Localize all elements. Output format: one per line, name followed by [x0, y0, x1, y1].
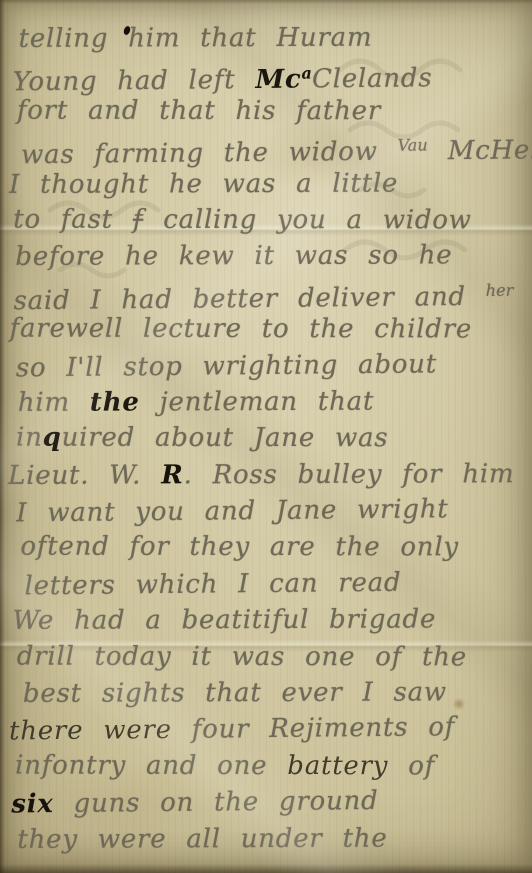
handwriting-segment: before he kew it was so he: [15, 241, 452, 273]
letter-line: to fast f calling you a widow: [5, 201, 529, 238]
letter-line: drill today it was one of the: [7, 638, 531, 675]
letter-line: We had a beatitiful brigade: [7, 601, 531, 639]
scan-edge-bottom: [0, 864, 532, 873]
handwriting-segment: letters which I can read: [24, 568, 401, 602]
handwriting-segment: jentleman that: [140, 387, 375, 418]
letter-line: was farming the widow Vau McHelp ^: [5, 127, 529, 168]
letter-line: I want you and Jane wright: [6, 491, 530, 532]
letter-line: Young had left McaClelands: [5, 54, 529, 95]
letter-line: letters which I can read: [6, 563, 530, 604]
letter-line: so I'll stop wrighting about: [6, 345, 530, 386]
handwriting-segment: I want you and Jane wright: [16, 494, 449, 528]
handwriting-segment: McHelp: [428, 135, 532, 166]
letter-line: oftend for they are the only: [6, 529, 530, 566]
handwriting-segment: calling you a widow: [143, 205, 472, 236]
handwriting-segment: R: [161, 460, 183, 490]
handwriting-segment: him: [18, 388, 90, 418]
handwriting-segment: telling him that Huram: [19, 23, 373, 54]
letter-line: before he kew it was so he: [5, 237, 529, 275]
scan-edge-left: [0, 0, 5, 873]
handwriting-segment: q: [43, 423, 62, 453]
handwriting-segment: I thought he was a little: [9, 168, 398, 199]
handwriting-segment: guns on the ground: [53, 786, 378, 819]
handwriting-segment: We had a beatitiful brigade: [13, 605, 437, 636]
letter-line: farewell lecture to the childre: [6, 311, 530, 348]
handwriting-segment: there were: [9, 715, 172, 747]
handwriting-segment: a: [301, 64, 312, 83]
handwriting-segment: of: [388, 751, 435, 781]
handwriting-segment: infontry and one: [15, 750, 287, 780]
handwriting-segment: four Rejiments of: [172, 713, 456, 746]
handwriting-segment: . Ross bulley for him: [184, 459, 515, 490]
handwriting-segment: uired about Jane was: [62, 423, 389, 454]
scan-edge-top: [0, 0, 532, 4]
letter-line: inquired about Jane was: [6, 420, 530, 457]
letter-lines: telling him that HuramYoung had left Mca…: [5, 19, 532, 858]
letter-line: infontry and one battery of: [7, 747, 531, 784]
handwriting-segment: six: [11, 789, 54, 819]
letter-line: said I had better deliver and her: [5, 272, 529, 313]
handwriting-segment: Clelands: [312, 64, 433, 95]
handwriting-segment: to fast: [13, 205, 133, 235]
letter-line: I thought he was a little: [5, 165, 529, 203]
handwriting-segment: was farming the widow: [21, 137, 398, 171]
handwriting-segment: farewell lecture to the childre: [10, 314, 473, 345]
handwriting-segment: her: [486, 280, 514, 299]
letter-scan: telling him that HuramYoung had left Mca…: [0, 0, 532, 873]
letter-line: fort and that his father: [5, 92, 529, 129]
letter-line: they were all under the: [7, 820, 531, 858]
handwriting-segment: f: [133, 205, 143, 235]
letter-line: best sights that ever I saw: [7, 674, 531, 712]
handwriting-segment: in: [16, 423, 43, 453]
letter-line: him the jentleman that: [6, 383, 530, 421]
handwriting-segment: fort and that his father: [17, 95, 381, 126]
handwriting-segment: Lieut. W.: [8, 460, 161, 491]
handwriting-segment: they were all under the: [17, 823, 387, 854]
handwriting-segment: best sights that ever I saw: [23, 677, 447, 708]
letter-line: telling him that Huram: [5, 19, 529, 57]
handwriting-segment: the: [90, 387, 140, 417]
handwriting-segment: Mc: [255, 65, 301, 95]
letter-line: six guns on the ground: [7, 782, 531, 823]
letter-line: there were four Rejiments of: [7, 709, 531, 750]
handwriting-segment: Vau: [398, 136, 428, 155]
letter-line: Lieut. W. R. Ross bulley for him: [6, 456, 530, 494]
handwriting-segment: so I'll stop wrighting about: [16, 349, 438, 383]
handwriting-segment: oftend for they are the only: [20, 532, 459, 563]
handwriting-segment: drill today it was one of the: [17, 641, 467, 672]
handwriting-segment: battery: [287, 751, 388, 781]
